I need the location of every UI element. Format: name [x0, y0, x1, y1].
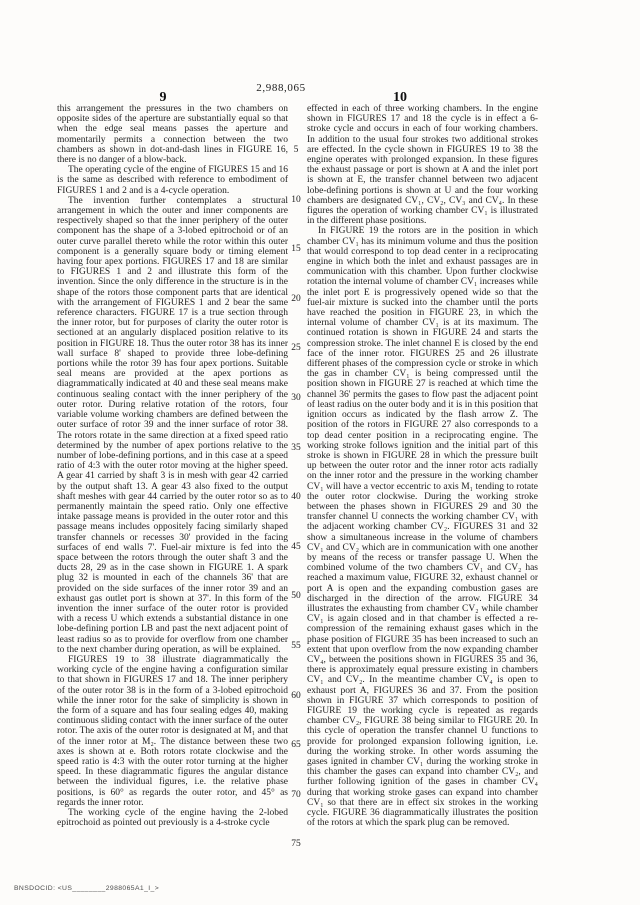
left-column: this arrangement the pressures in the tw… [57, 104, 288, 828]
line-number: 70 [286, 790, 306, 800]
line-number: 45 [286, 542, 306, 552]
line-number: 15 [286, 244, 306, 254]
line-number: 20 [286, 294, 306, 304]
line-number: 30 [286, 393, 306, 403]
patent-page: 2,988,065 9 10 this arrangement the pres… [0, 0, 640, 905]
paragraph: The operating cycle of the engine of FIG… [57, 165, 288, 196]
paragraph: effected in each of three working chambe… [307, 104, 538, 226]
footer-document-id: BNSDOCID: <US________2988065A1_I_> [14, 885, 159, 892]
paragraph: FIGURES 19 to 38 illustrate diagrammatic… [57, 655, 288, 808]
line-number: 65 [286, 740, 306, 750]
line-number: 40 [286, 492, 306, 502]
paragraph: this arrangement the pressures in the tw… [57, 104, 288, 165]
line-number: 10 [286, 195, 306, 205]
paragraph: The working cycle of the engine having t… [57, 808, 288, 828]
line-number: 55 [286, 641, 306, 651]
line-number: 60 [286, 691, 306, 701]
line-number: 75 [286, 839, 306, 849]
right-column: effected in each of three working chambe… [307, 104, 538, 828]
paragraph: The invention further contemplates a str… [57, 196, 288, 655]
line-number: 50 [286, 591, 306, 601]
paragraph: In FIGURE 19 the rotors are in the posit… [307, 226, 538, 828]
line-number: 5 [286, 145, 306, 155]
line-number: 25 [286, 343, 306, 353]
line-number: 35 [286, 443, 306, 453]
